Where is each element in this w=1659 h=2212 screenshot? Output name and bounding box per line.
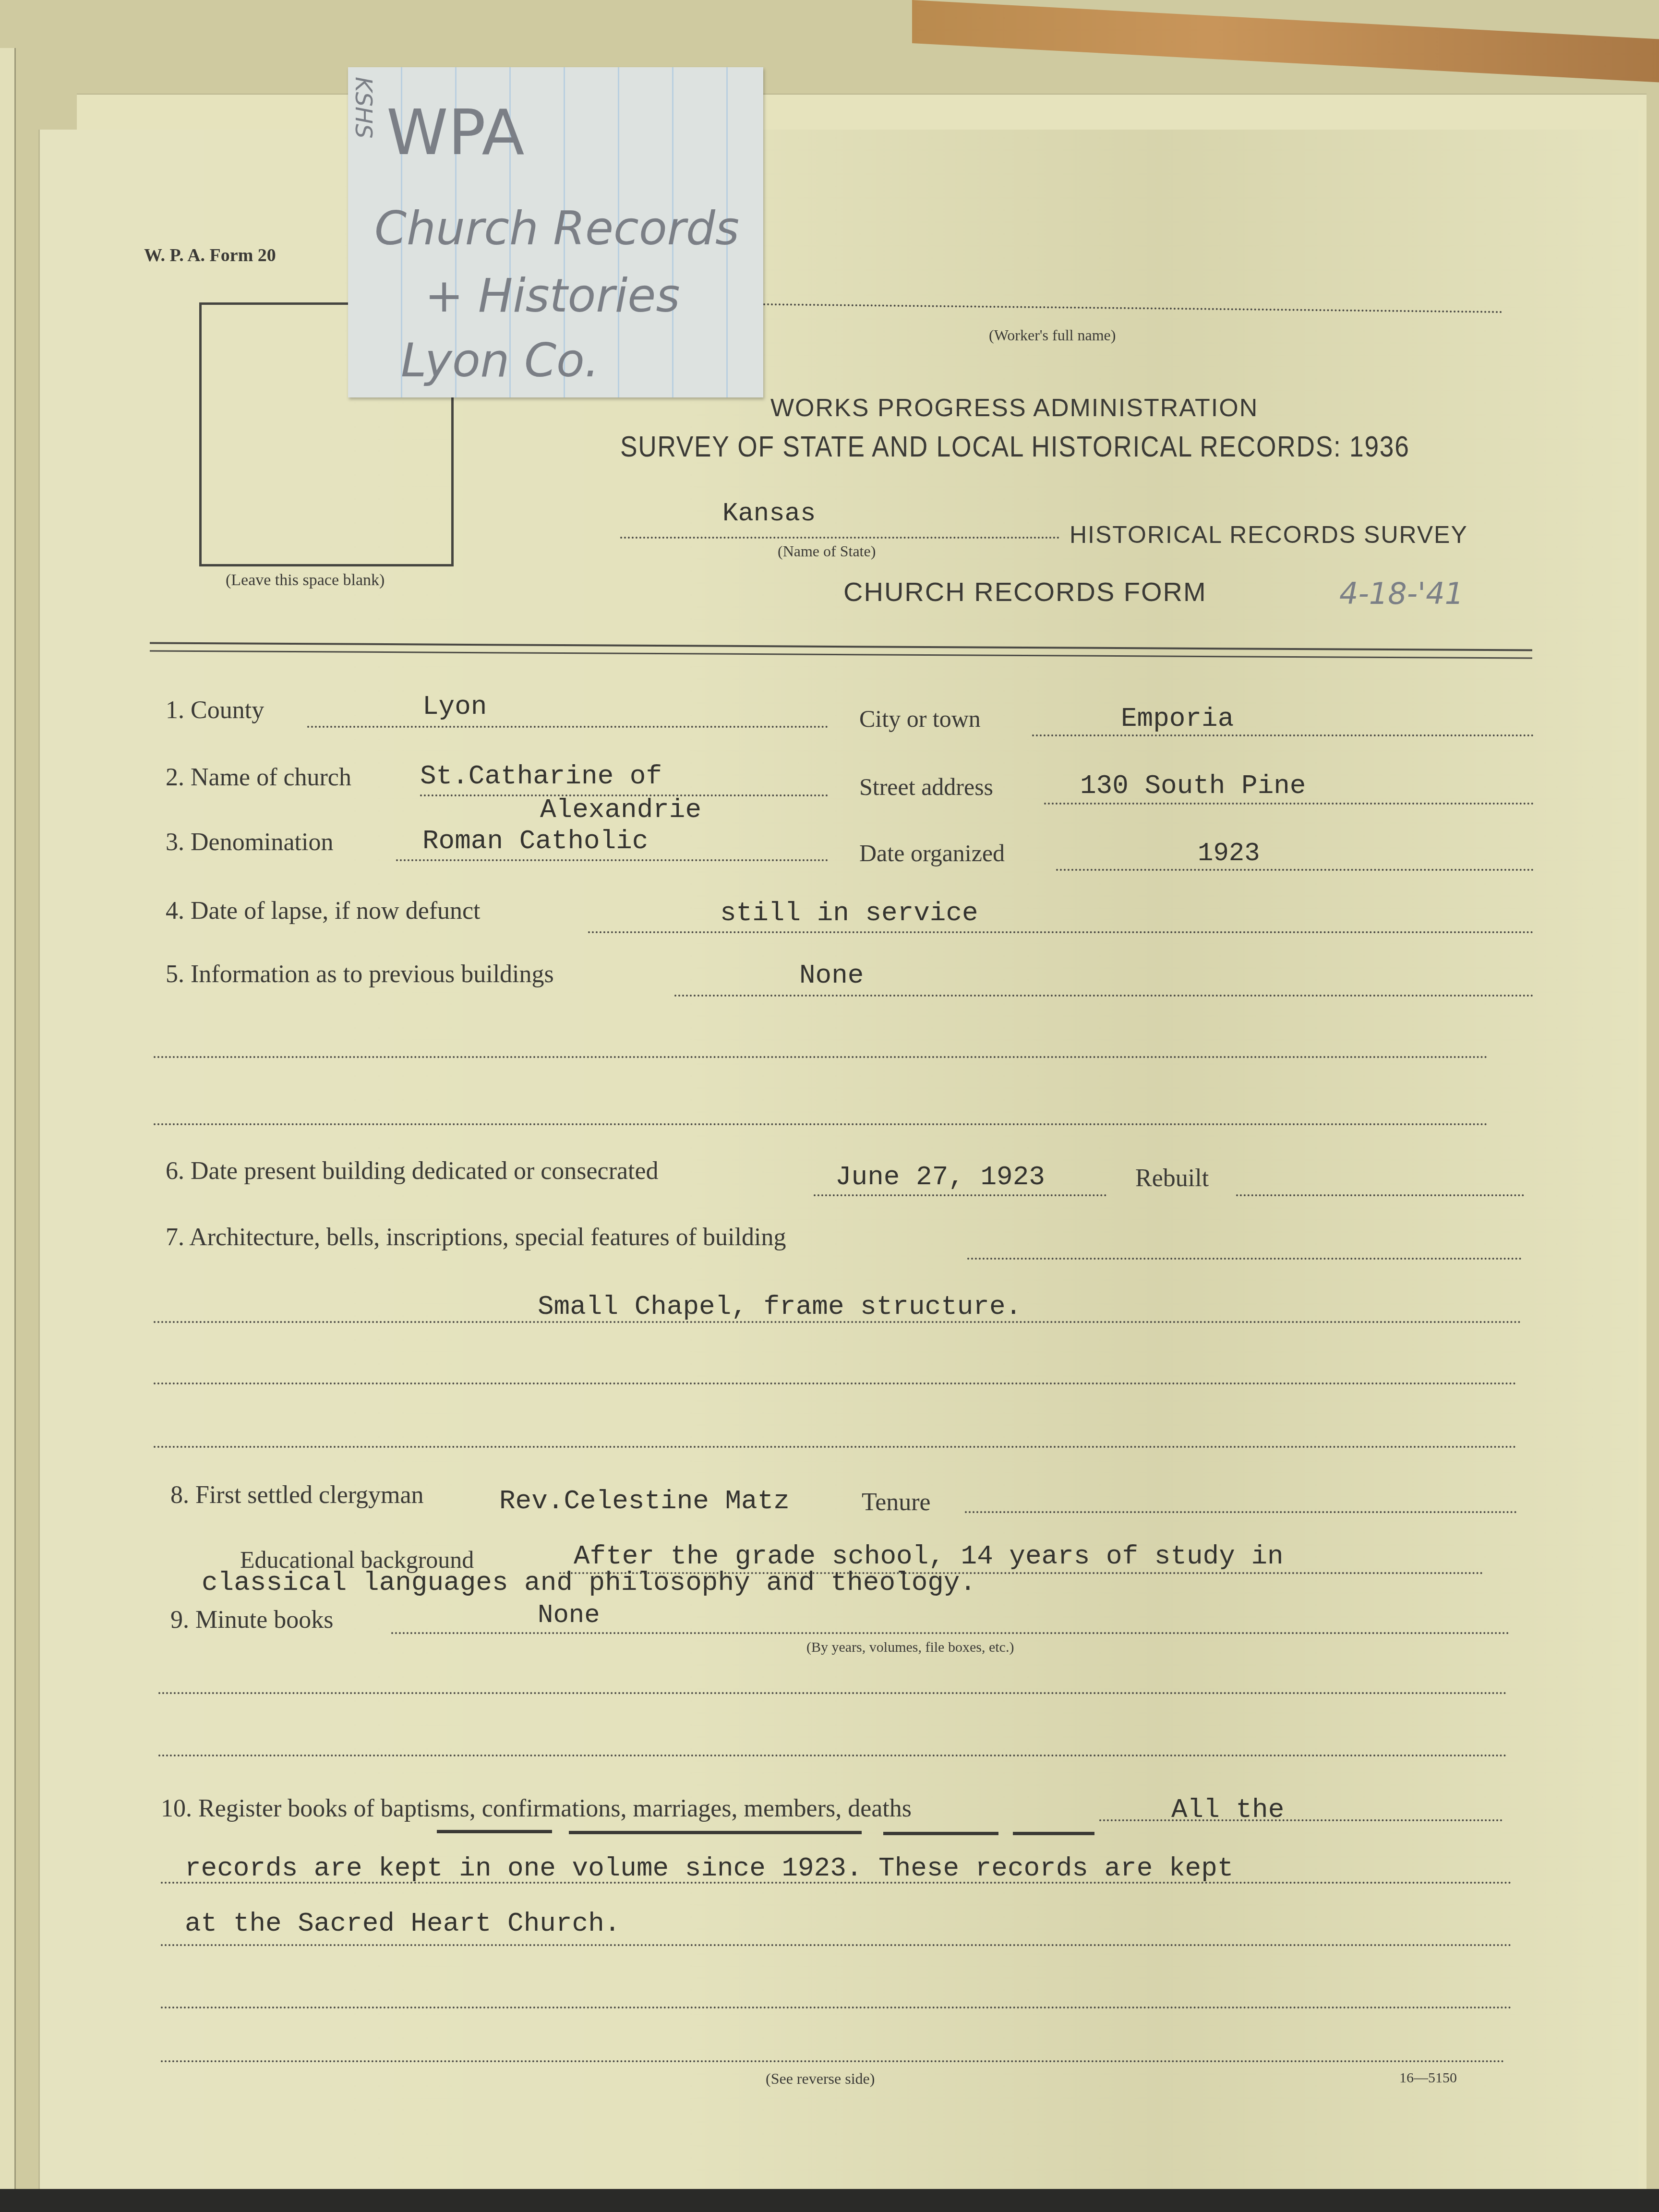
previous-buildings-line-2[interactable] xyxy=(154,1056,1488,1058)
tenure-label: Tenure xyxy=(862,1488,931,1516)
form-number: W. P. A. Form 20 xyxy=(144,245,276,266)
clergyman-value[interactable]: Rev.Celestine Matz xyxy=(499,1486,790,1516)
previous-buildings-value[interactable]: None xyxy=(799,960,864,991)
underline-baptisms xyxy=(437,1830,552,1833)
architecture-label: 7. Architecture, bells, inscriptions, sp… xyxy=(166,1223,786,1251)
previous-buildings-line xyxy=(674,995,1534,997)
register-prefix: 10. Register books of xyxy=(161,1795,374,1822)
architecture-line xyxy=(967,1258,1522,1260)
tenure-field[interactable] xyxy=(965,1511,1517,1513)
church-name-value[interactable]: St.Catharine of xyxy=(420,761,662,792)
architecture-line-2 xyxy=(154,1321,1522,1323)
state-caption: (Name of State) xyxy=(778,542,876,560)
form-title: CHURCH RECORDS FORM xyxy=(843,576,1207,607)
street-line xyxy=(1044,803,1534,805)
worker-name-caption: (Worker's full name) xyxy=(989,326,1116,344)
dedicated-line xyxy=(814,1194,1106,1196)
date-organized-line xyxy=(1056,869,1534,871)
church-name-value-2[interactable]: Alexandrie xyxy=(540,794,701,825)
register-type-members: members, xyxy=(744,1795,842,1822)
note-kshs: KSHS xyxy=(350,77,377,139)
survey-title: SURVEY OF STATE AND LOCAL HISTORICAL REC… xyxy=(620,430,1410,464)
county-value[interactable]: Lyon xyxy=(422,691,487,722)
lapse-value[interactable]: still in service xyxy=(720,898,978,928)
register-type-confirmations: confirmations, xyxy=(482,1795,627,1822)
underline-deaths xyxy=(1013,1832,1094,1835)
blank-space-caption: (Leave this space blank) xyxy=(226,571,385,589)
register-value-2[interactable]: records are kept in one volume since 192… xyxy=(185,1853,1233,1884)
lapse-line xyxy=(588,931,1534,933)
note-histories: + Histories xyxy=(425,269,680,323)
county-line xyxy=(307,726,828,728)
architecture-line-4[interactable] xyxy=(154,1446,1517,1448)
date-organized-value[interactable]: 1923 xyxy=(1198,839,1260,868)
underline-confirmations xyxy=(569,1831,862,1834)
previous-buildings-label: 5. Information as to previous buildings xyxy=(166,960,554,988)
survey-suffix: HISTORICAL RECORDS SURVEY xyxy=(1070,521,1468,549)
architecture-value[interactable]: Small Chapel, frame structure. xyxy=(538,1291,1022,1322)
note-wpa: WPA xyxy=(386,96,525,169)
register-type-baptisms: baptisms, xyxy=(381,1795,476,1822)
minute-books-line-2[interactable] xyxy=(158,1692,1507,1694)
city-value[interactable]: Emporia xyxy=(1121,703,1234,734)
rebuilt-field[interactable] xyxy=(1236,1194,1524,1196)
city-label: City or town xyxy=(859,705,981,733)
state-value[interactable]: Kansas xyxy=(722,499,816,529)
register-line-2 xyxy=(161,1882,1512,1884)
register-line-5[interactable] xyxy=(161,2060,1505,2062)
denomination-line xyxy=(396,859,828,861)
minute-books-line-3[interactable] xyxy=(158,1755,1507,1756)
street-label: Street address xyxy=(859,773,993,801)
handwritten-date: 4-18-'41 xyxy=(1339,576,1464,611)
register-value-3[interactable]: at the Sacred Heart Church. xyxy=(185,1908,620,1939)
county-label: 1. County xyxy=(166,696,264,724)
denomination-label: 3. Denomination xyxy=(166,828,334,856)
lapse-label: 4. Date of lapse, if now defunct xyxy=(166,897,481,925)
dedicated-label: 6. Date present building dedicated or co… xyxy=(166,1157,659,1185)
underline-marriages xyxy=(883,1832,998,1835)
rebuilt-label: Rebuilt xyxy=(1135,1164,1209,1192)
street-value[interactable]: 130 South Pine xyxy=(1080,770,1306,801)
education-value-2[interactable]: classical languages and philosophy and t… xyxy=(202,1567,976,1598)
agency-title: WORKS PROGRESS ADMINISTRATION xyxy=(770,394,1258,422)
minute-books-label: 9. Minute books xyxy=(170,1606,333,1634)
minute-books-value[interactable]: None xyxy=(538,1601,600,1630)
note-lyon-co: Lyon Co. xyxy=(401,334,599,387)
note-church-records: Church Records xyxy=(374,202,739,255)
register-line-4[interactable] xyxy=(161,2007,1512,2008)
date-organized-label: Date organized xyxy=(859,839,1005,867)
church-name-label: 2. Name of church xyxy=(166,763,351,792)
minute-books-caption: (By years, volumes, file boxes, etc.) xyxy=(806,1639,1014,1656)
dedicated-value[interactable]: June 27, 1923 xyxy=(835,1162,1045,1192)
register-type-marriages: marriages, xyxy=(633,1795,738,1822)
see-reverse-caption: (See reverse side) xyxy=(766,2070,875,2088)
adjacent-page-edge xyxy=(0,48,16,2212)
table-edge xyxy=(0,2189,1659,2212)
previous-buildings-line-3[interactable] xyxy=(154,1123,1488,1125)
denomination-value[interactable]: Roman Catholic xyxy=(422,826,648,856)
architecture-line-3[interactable] xyxy=(154,1382,1517,1384)
form-code: 16—5150 xyxy=(1399,2070,1457,2086)
register-line-3 xyxy=(161,1944,1512,1946)
register-line xyxy=(1099,1819,1503,1821)
city-line xyxy=(1032,734,1534,736)
state-field-line xyxy=(620,537,1059,539)
minute-books-line xyxy=(391,1632,1510,1634)
sticky-note: KSHS WPA Church Records + Histories Lyon… xyxy=(348,67,763,397)
register-books-label: 10. Register books of baptisms, confirma… xyxy=(161,1794,912,1823)
clergyman-label: 8. First settled clergyman xyxy=(170,1481,424,1509)
register-type-deaths: deaths xyxy=(848,1795,912,1822)
